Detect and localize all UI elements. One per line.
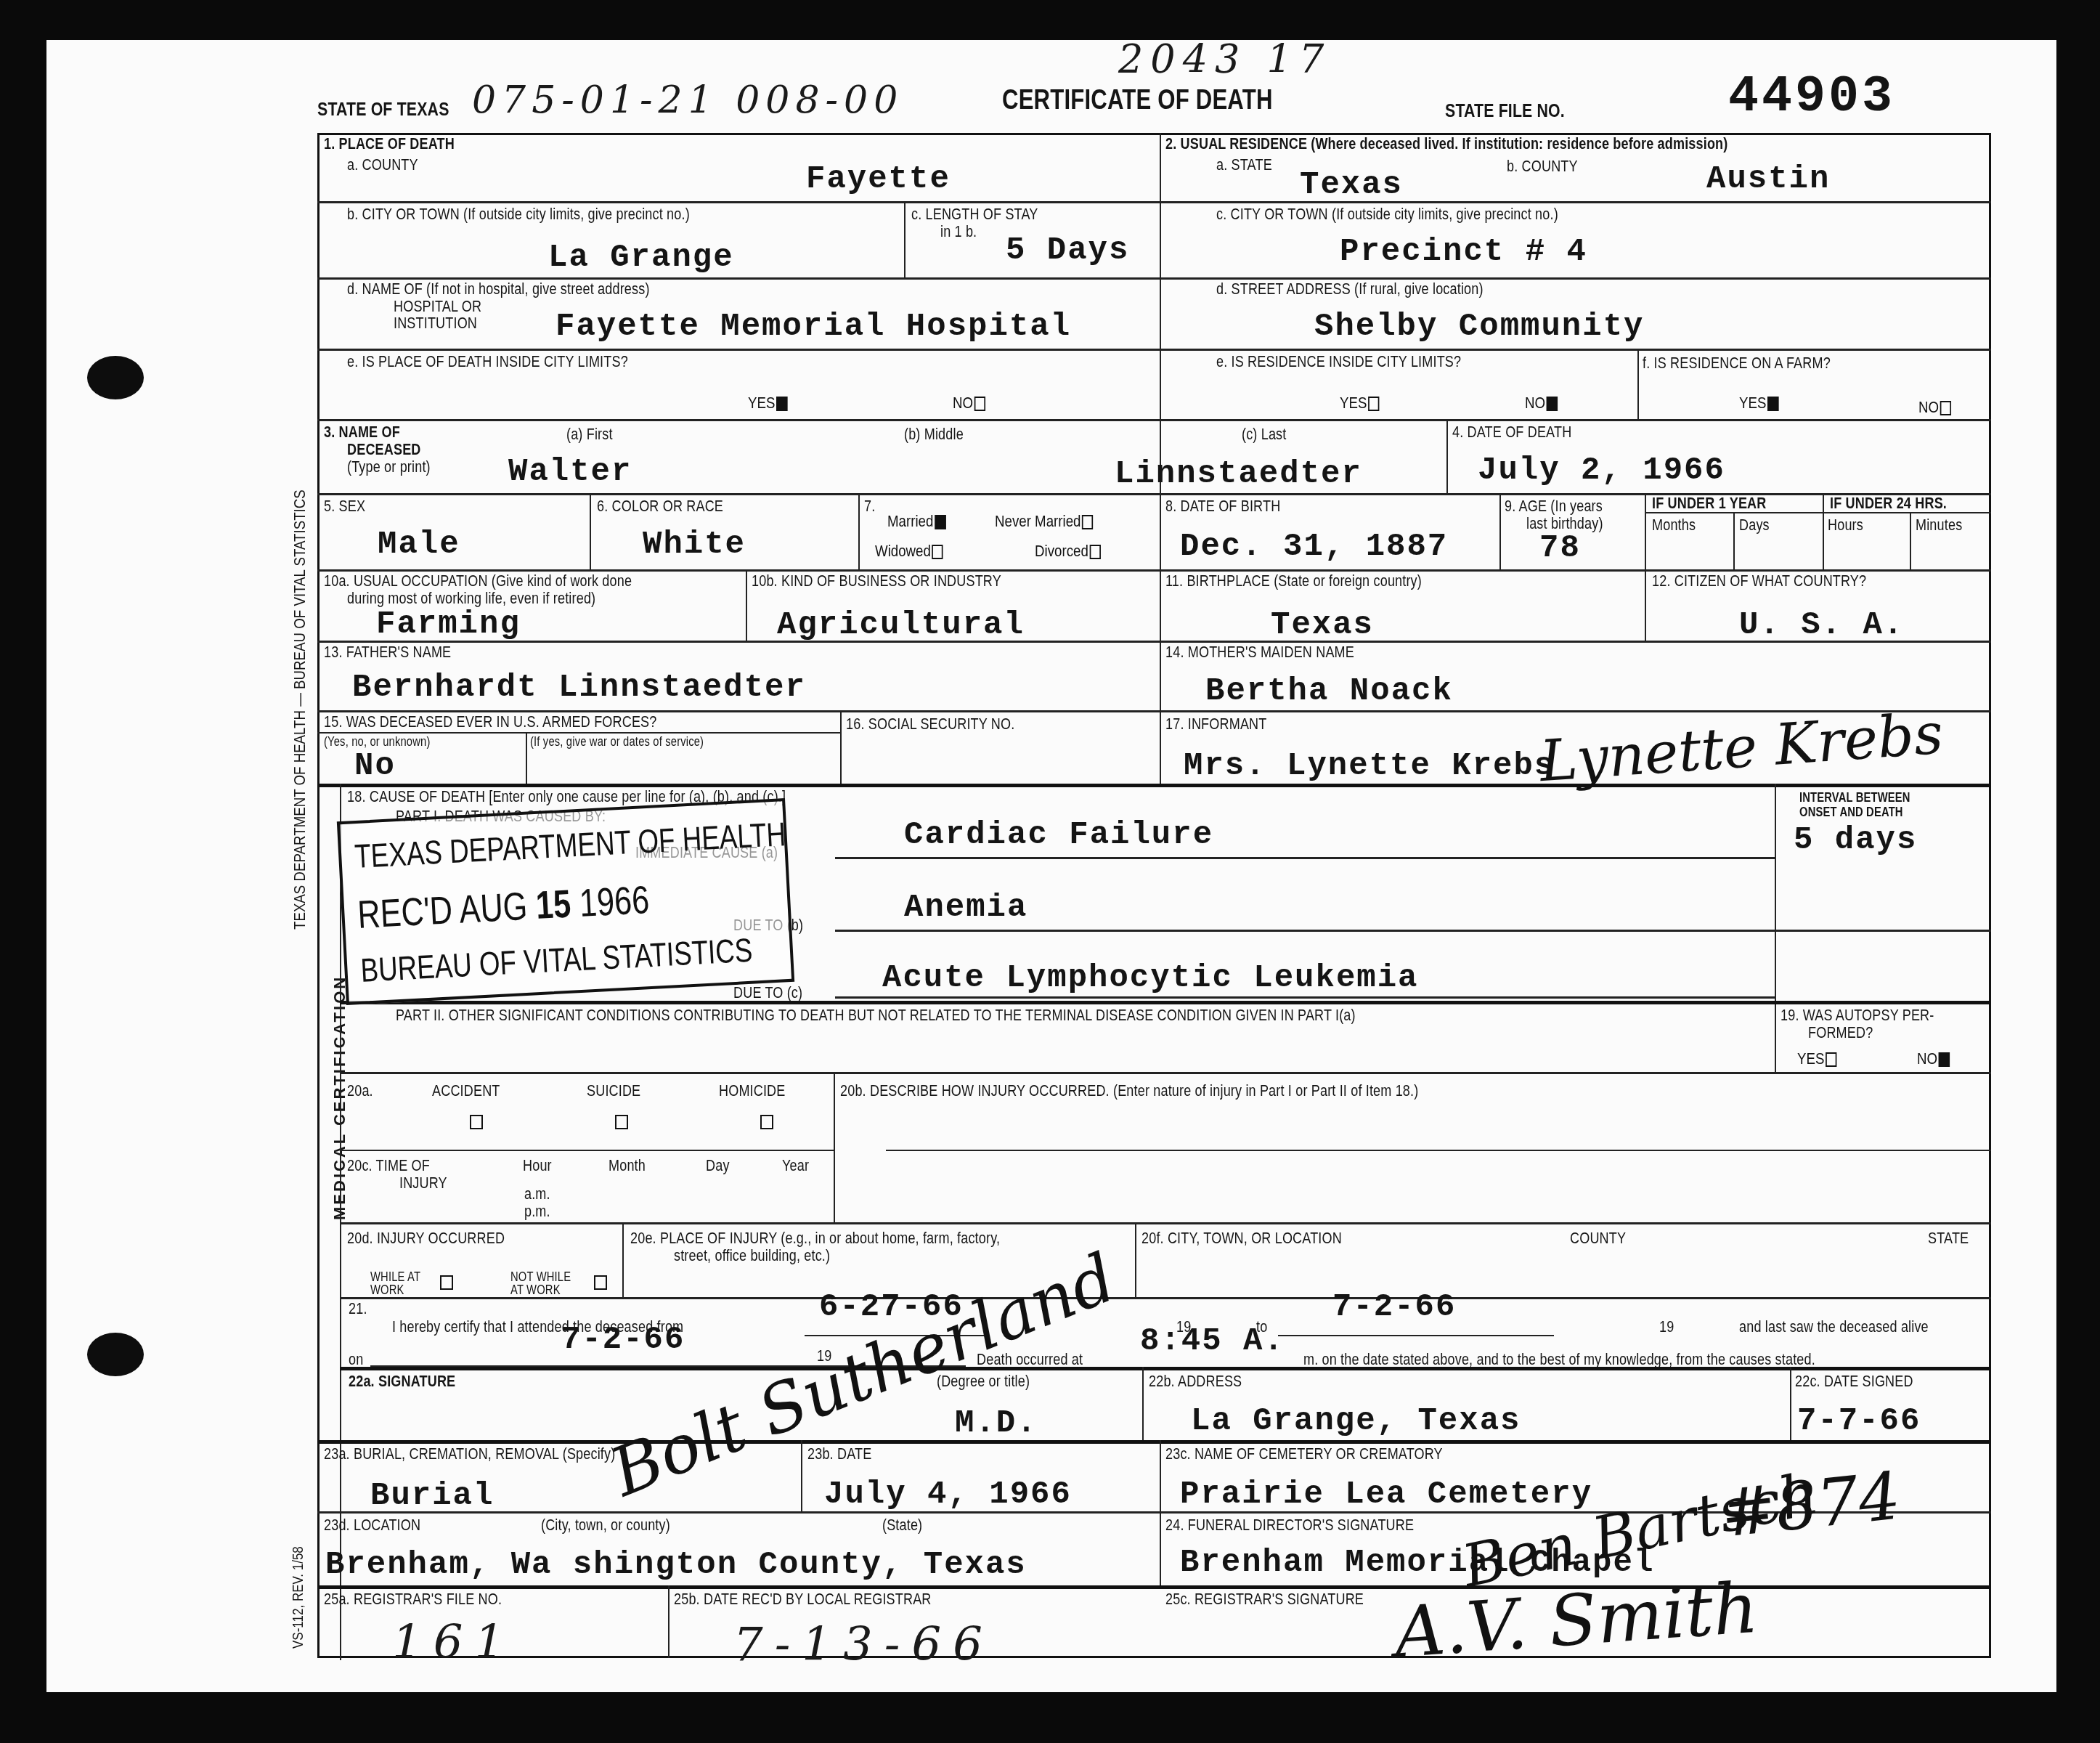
hospital-label-3: INSTITUTION bbox=[394, 314, 477, 332]
hospital-label: d. NAME OF (If not in hospital, give str… bbox=[347, 280, 650, 298]
autopsy-no[interactable]: NO bbox=[1917, 1049, 1950, 1068]
divider bbox=[1790, 1367, 1791, 1440]
divider bbox=[904, 201, 905, 277]
injury-c-label: 20c. TIME OF bbox=[347, 1157, 430, 1174]
disposition-date-value: July 4, 1966 bbox=[824, 1476, 1072, 1513]
rule bbox=[340, 1297, 1991, 1299]
month-label: Month bbox=[609, 1157, 646, 1174]
rule bbox=[835, 930, 1991, 932]
sex-label: 5. SEX bbox=[324, 497, 365, 515]
certify-text-2: and last saw the deceased alive bbox=[1739, 1318, 1929, 1336]
injury-c-label-2: INJURY bbox=[399, 1174, 447, 1192]
certify-text-3: m. on the date stated above, and to the … bbox=[1303, 1351, 1815, 1368]
homicide-label: HOMICIDE bbox=[719, 1082, 786, 1100]
informant-value: Mrs. Lynette Krebs bbox=[1184, 748, 1555, 784]
dob-label: 8. DATE OF BIRTH bbox=[1165, 497, 1280, 515]
death-time-value: 8:45 A. bbox=[1140, 1323, 1285, 1360]
while-work-label-2: WORK bbox=[370, 1283, 404, 1297]
res-county-value: Austin bbox=[1706, 161, 1830, 198]
ssn-label: 16. SOCIAL SECURITY NO. bbox=[846, 715, 1014, 733]
year-label: Year bbox=[782, 1157, 809, 1174]
res-inside-city-no[interactable]: NO bbox=[1525, 394, 1558, 413]
cause-b-value: Anemia bbox=[904, 890, 1027, 926]
place-of-death-label: 1. PLACE OF DEATH bbox=[324, 135, 455, 153]
while-work-label: WHILE AT bbox=[370, 1269, 420, 1284]
industry-value: Agricultural bbox=[777, 607, 1025, 643]
interval-label: INTERVAL BETWEEN bbox=[1799, 790, 1910, 805]
date-signed-label: 22c. DATE SIGNED bbox=[1795, 1373, 1913, 1390]
location-value: Brenham, Wa shington County, Texas bbox=[325, 1547, 1027, 1583]
death-city-value: La Grange bbox=[548, 240, 734, 276]
deceased-name-label-2: DECEASED bbox=[347, 441, 421, 458]
registrar-signature-label: 25c. REGISTRAR'S SIGNATURE bbox=[1165, 1590, 1364, 1608]
divider bbox=[668, 1585, 670, 1658]
days-label: Days bbox=[1739, 516, 1770, 534]
middle-name-label: (b) Middle bbox=[904, 426, 964, 443]
under-day-label: IF UNDER 24 HRS. bbox=[1830, 495, 1947, 512]
signature-label: 22a. SIGNATURE bbox=[349, 1373, 455, 1390]
address-value: La Grange, Texas bbox=[1191, 1403, 1521, 1439]
handwritten-top-number: 2043 17 bbox=[1118, 36, 1331, 82]
homicide-checkbox[interactable] bbox=[760, 1115, 773, 1129]
stay-value: 5 Days bbox=[1006, 232, 1129, 269]
received-stamp: TEXAS DEPARTMENT OF HEALTH REC'D AUG 15 … bbox=[337, 798, 794, 1005]
rule bbox=[317, 201, 1991, 203]
certify-num-label: 21. bbox=[349, 1300, 367, 1317]
stay-label-2: in 1 b. bbox=[940, 223, 977, 240]
rule bbox=[340, 1072, 1991, 1074]
accident-label: ACCIDENT bbox=[432, 1082, 500, 1100]
rule bbox=[340, 1367, 1991, 1370]
last-name-label: (c) Last bbox=[1242, 426, 1286, 443]
birthplace-label: 11. BIRTHPLACE (State or foreign country… bbox=[1165, 572, 1422, 590]
while-at-work-checkbox[interactable] bbox=[440, 1275, 453, 1290]
interval-value: 5 days bbox=[1794, 822, 1917, 858]
suicide-label: SUICIDE bbox=[587, 1082, 640, 1100]
dob-value: Dec. 31, 1887 bbox=[1180, 529, 1448, 565]
father-value: Bernhardt Linnstaedter bbox=[352, 670, 806, 706]
res-city-value: Precinct # 4 bbox=[1340, 234, 1587, 270]
death-inside-city-yes[interactable]: YES bbox=[748, 394, 787, 413]
res-farm-label: f. IS RESIDENCE ON A FARM? bbox=[1643, 354, 1831, 372]
state-handwritten-code: 075-01-21 008-00 bbox=[472, 78, 903, 122]
citizen-value: U. S. A. bbox=[1739, 607, 1904, 643]
on-label: on bbox=[349, 1351, 363, 1368]
rule bbox=[835, 857, 1775, 859]
state-file-number: 44903 bbox=[1728, 69, 1895, 126]
disposition-method-value: Burial bbox=[370, 1478, 494, 1514]
date-of-death-value: July 2, 1966 bbox=[1478, 452, 1725, 489]
not-work-label-2: AT WORK bbox=[510, 1283, 561, 1297]
date-of-death-label: 4. DATE OF DEATH bbox=[1452, 423, 1571, 441]
divider bbox=[1645, 569, 1646, 641]
pm-label: p.m. bbox=[524, 1203, 550, 1220]
disposition-method-label: 23a. BURIAL, CREMATION, REMOVAL (Specify… bbox=[324, 1445, 615, 1463]
due-to-c-label: DUE TO (c) bbox=[733, 984, 802, 1001]
divider bbox=[746, 569, 747, 641]
rule bbox=[835, 996, 1775, 999]
location-state-label: (State) bbox=[882, 1516, 922, 1534]
state-file-label: STATE FILE NO. bbox=[1445, 102, 1565, 119]
suicide-checkbox[interactable] bbox=[615, 1115, 628, 1129]
divider bbox=[1499, 493, 1501, 569]
last-name-value: Linnstaedter bbox=[1115, 456, 1362, 492]
divider bbox=[1637, 349, 1639, 419]
injury-e-label-2: street, office building, etc.) bbox=[674, 1247, 830, 1264]
location-label: 23d. LOCATION bbox=[324, 1516, 420, 1534]
res-street-label: d. STREET ADDRESS (If rural, give locati… bbox=[1216, 280, 1484, 298]
father-label: 13. FATHER'S NAME bbox=[324, 643, 451, 661]
divider bbox=[1910, 512, 1911, 569]
armed-forces-value: No bbox=[354, 748, 396, 784]
res-inside-city-yes[interactable]: YES bbox=[1340, 394, 1379, 413]
autopsy-yes[interactable]: YES bbox=[1797, 1049, 1836, 1068]
rule bbox=[317, 349, 1991, 351]
autopsy-label-2: FORMED? bbox=[1808, 1024, 1873, 1041]
rule bbox=[340, 1001, 1991, 1004]
registrar-date-label: 25b. DATE REC'D BY LOCAL REGISTRAR bbox=[674, 1590, 932, 1608]
not-at-work-checkbox[interactable] bbox=[594, 1275, 607, 1290]
injury-a-label: 20a. bbox=[347, 1082, 373, 1100]
race-value: White bbox=[643, 527, 746, 563]
divider bbox=[1645, 493, 1646, 569]
form-number: VS-112, REV. 1/58 bbox=[290, 1546, 307, 1649]
divider bbox=[1446, 419, 1448, 493]
age-value: 78 bbox=[1539, 530, 1581, 566]
occupation-label: 10a. USUAL OCCUPATION (Give kind of work… bbox=[324, 572, 632, 590]
hours-label: Hours bbox=[1828, 516, 1863, 534]
under-year-label: IF UNDER 1 YEAR bbox=[1652, 495, 1767, 512]
res-inside-city-label: e. IS RESIDENCE INSIDE CITY LIMITS? bbox=[1216, 353, 1461, 370]
degree-label: (Degree or title) bbox=[937, 1373, 1030, 1390]
first-name-value: Walter bbox=[508, 454, 632, 490]
divider bbox=[1160, 493, 1161, 569]
hour-label: Hour bbox=[523, 1157, 552, 1174]
registrar-date-value: 7-13-66 bbox=[733, 1618, 994, 1672]
registrar-file-label: 25a. REGISTRAR'S FILE NO. bbox=[324, 1590, 502, 1608]
divider bbox=[1135, 1222, 1136, 1297]
punch-hole-top bbox=[87, 356, 144, 399]
city-label: b. CITY OR TOWN (If outside city limits,… bbox=[347, 206, 690, 223]
cemetery-label: 23c. NAME OF CEMETERY OR CREMATORY bbox=[1165, 1445, 1443, 1463]
punch-hole-bottom bbox=[87, 1333, 144, 1376]
autopsy-label: 19. WAS AUTOPSY PER- bbox=[1780, 1007, 1934, 1024]
marital-never-married[interactable]: Never Married bbox=[995, 512, 1093, 531]
state-of-texas-label: STATE OF TEXAS bbox=[317, 100, 449, 118]
cause-a-value: Cardiac Failure bbox=[904, 817, 1213, 853]
divider bbox=[526, 732, 527, 784]
stamp-recd: REC'D AUG 15 1966 bbox=[357, 877, 651, 938]
injury-county-label: COUNTY bbox=[1570, 1230, 1626, 1247]
res-city-label: c. CITY OR TOWN (If outside city limits,… bbox=[1216, 206, 1558, 223]
injury-state-label: STATE bbox=[1928, 1230, 1969, 1247]
armed-sub-label-2: (If yes, give war or dates of service) bbox=[530, 734, 704, 749]
part2-label: PART II. OTHER SIGNIFICANT CONDITIONS CO… bbox=[396, 1007, 1356, 1024]
rule bbox=[317, 419, 1991, 421]
armed-forces-label: 15. WAS DECEASED EVER IN U.S. ARMED FORC… bbox=[324, 713, 656, 731]
last-seen-value: 7-2-66 bbox=[561, 1322, 685, 1358]
marital-divorced[interactable]: Divorced bbox=[1035, 542, 1101, 561]
race-label: 6. COLOR OR RACE bbox=[597, 497, 723, 515]
inside-city-label: e. IS PLACE OF DEATH INSIDE CITY LIMITS? bbox=[347, 353, 628, 370]
stamp-dept: TEXAS DEPARTMENT OF HEALTH bbox=[354, 814, 786, 876]
divider bbox=[858, 493, 860, 569]
industry-label: 10b. KIND OF BUSINESS OR INDUSTRY bbox=[752, 572, 1001, 590]
informant-label: 17. INFORMANT bbox=[1165, 715, 1266, 733]
res-street-value: Shelby Community bbox=[1314, 309, 1644, 345]
director-label: 24. FUNERAL DIRECTOR'S SIGNATURE bbox=[1165, 1516, 1414, 1534]
res-state-value: Texas bbox=[1300, 167, 1403, 203]
rule bbox=[1645, 512, 1991, 513]
divider bbox=[1733, 512, 1735, 569]
degree-value: M.D. bbox=[955, 1405, 1038, 1442]
minutes-label: Minutes bbox=[1916, 516, 1962, 534]
am-label: a.m. bbox=[524, 1185, 550, 1203]
divider bbox=[622, 1222, 624, 1297]
occupation-value: Farming bbox=[376, 606, 521, 643]
rule bbox=[340, 1222, 1991, 1224]
rule bbox=[340, 1150, 834, 1151]
first-name-label: (a) First bbox=[566, 426, 613, 443]
year-prefix-2: 19 bbox=[1659, 1318, 1674, 1336]
location-sub-label: (City, town, or county) bbox=[541, 1516, 670, 1534]
stay-label: c. LENGTH OF STAY bbox=[911, 206, 1038, 223]
disposition-date-label: 23b. DATE bbox=[807, 1445, 871, 1463]
day-label: Day bbox=[706, 1157, 730, 1174]
margin-department-text: TEXAS DEPARTMENT OF HEALTH — BUREAU OF V… bbox=[290, 489, 309, 930]
injury-d-label: 20d. INJURY OCCURRED bbox=[347, 1230, 505, 1247]
registrar-file-value: 161 bbox=[392, 1616, 516, 1670]
res-farm-no[interactable]: NO bbox=[1918, 398, 1951, 417]
injury-b-label: 20b. DESCRIBE HOW INJURY OCCURRED. (Ente… bbox=[840, 1082, 1418, 1100]
rule bbox=[886, 1150, 1991, 1151]
hospital-value: Fayette Memorial Hospital bbox=[555, 309, 1071, 345]
divider bbox=[1775, 784, 1776, 1074]
divider bbox=[1142, 1367, 1144, 1440]
rule bbox=[1278, 1335, 1554, 1336]
marital-widowed[interactable]: Widowed bbox=[875, 542, 943, 561]
hospital-label-2: HOSPITAL OR bbox=[394, 298, 481, 315]
certificate-title: CERTIFICATE OF DEATH bbox=[1002, 86, 1273, 115]
cemetery-value: Prairie Lea Cemetery bbox=[1180, 1476, 1592, 1513]
cause-c-value: Acute Lymphocytic Leukemia bbox=[882, 960, 1419, 996]
deceased-name-label-3: (Type or print) bbox=[347, 458, 431, 476]
accident-checkbox[interactable] bbox=[470, 1115, 483, 1129]
address-label: 22b. ADDRESS bbox=[1149, 1373, 1242, 1390]
not-work-label: NOT WHILE bbox=[510, 1269, 571, 1284]
armed-sub-label: (Yes, no, or unknown) bbox=[324, 734, 430, 749]
interval-label-2: ONSET AND DEATH bbox=[1799, 805, 1903, 819]
months-label: Months bbox=[1652, 516, 1696, 534]
county-label: a. COUNTY bbox=[347, 156, 418, 174]
age-label: 9. AGE (In years bbox=[1505, 497, 1603, 515]
birthplace-value: Texas bbox=[1271, 607, 1374, 643]
divider bbox=[1823, 493, 1824, 569]
stamp-bureau: BUREAU OF VITAL STATISTICS bbox=[359, 930, 754, 990]
marital-married[interactable]: Married bbox=[887, 512, 945, 531]
mother-value: Bertha Noack bbox=[1205, 673, 1453, 710]
attended-to-value: 7-2-66 bbox=[1332, 1289, 1456, 1325]
rule bbox=[317, 732, 840, 734]
deceased-name-label: 3. NAME OF bbox=[324, 423, 400, 441]
res-county-label: b. COUNTY bbox=[1507, 158, 1578, 175]
marital-label: 7. bbox=[864, 497, 875, 515]
rule bbox=[317, 1440, 1991, 1444]
divider bbox=[840, 710, 842, 784]
divider bbox=[590, 493, 591, 569]
date-signed-value: 7-7-66 bbox=[1797, 1403, 1921, 1439]
res-farm-yes[interactable]: YES bbox=[1739, 394, 1778, 413]
sex-value: Male bbox=[378, 527, 460, 563]
injury-f-label: 20f. CITY, TOWN, OR LOCATION bbox=[1141, 1230, 1342, 1247]
residence-label: 2. USUAL RESIDENCE (Where deceased lived… bbox=[1165, 135, 1727, 153]
injury-e-label: 20e. PLACE OF INJURY (e.g., in or about … bbox=[630, 1230, 1000, 1247]
divider bbox=[801, 1440, 802, 1511]
citizen-label: 12. CITIZEN OF WHAT COUNTRY? bbox=[1652, 572, 1866, 590]
mother-label: 14. MOTHER'S MAIDEN NAME bbox=[1165, 643, 1354, 661]
death-inside-city-no[interactable]: NO bbox=[953, 394, 985, 413]
divider bbox=[834, 1072, 835, 1222]
res-state-label: a. STATE bbox=[1216, 156, 1272, 174]
occupation-label-2: during most of working life, even if ret… bbox=[347, 590, 595, 607]
death-county-value: Fayette bbox=[806, 161, 951, 198]
